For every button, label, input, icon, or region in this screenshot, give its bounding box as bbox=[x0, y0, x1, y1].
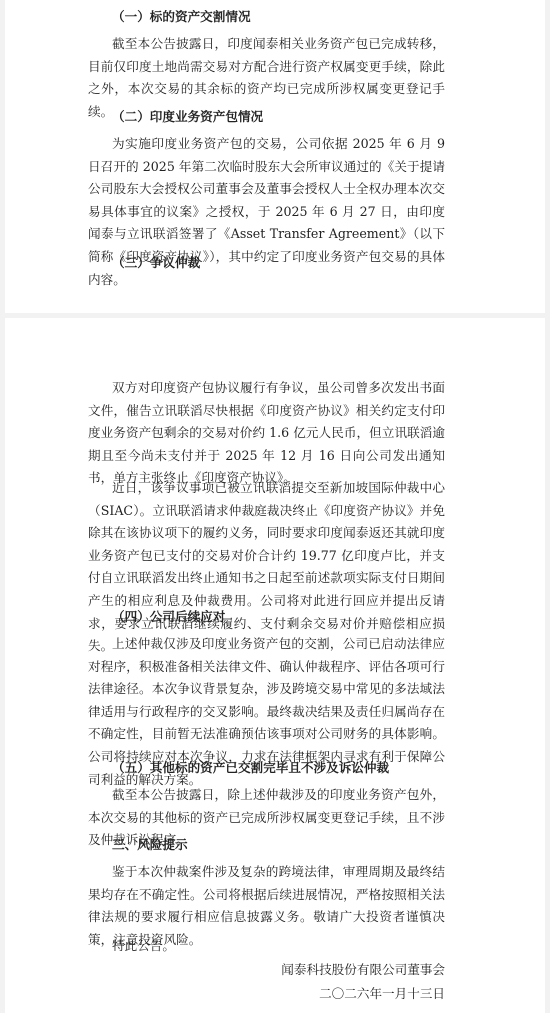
section-heading-company-response: （四）公司后续应对 bbox=[112, 606, 469, 629]
section-heading-dispute: （三）争议仲裁 bbox=[112, 252, 469, 275]
section-heading-india-package: （二）印度业务资产包情况 bbox=[112, 106, 469, 129]
document-page-1: （一）标的资产交割情况 截至本公告披露日，印度闻泰相关业务资产包已完成转移，目前… bbox=[5, 0, 545, 313]
paragraph-closing: 特此公告。 bbox=[88, 935, 445, 958]
paragraph-arbitration: 近日，该争议事项已被立讯联滔提交至新加坡国际仲裁中心（SIAC）。立讯联滔请求仲… bbox=[88, 477, 445, 658]
section-heading-risk: 三、风险提示 bbox=[112, 834, 469, 857]
signature-company: 闻泰科技股份有限公司董事会 bbox=[88, 959, 445, 982]
signature-date: 二〇二六年一月十三日 bbox=[88, 983, 445, 1006]
section-heading-other-assets: （五）其他标的资产已交割完毕且不涉及诉讼仲裁 bbox=[112, 757, 469, 780]
paragraph-dispute-background: 双方对印度资产包协议履行有争议，虽公司曾多次发出书面文件，催告立讯联滔尽快根据《… bbox=[88, 377, 445, 490]
section-heading-asset-delivery: （一）标的资产交割情况 bbox=[112, 6, 469, 29]
document-page-2: 双方对印度资产包协议履行有争议，虽公司曾多次发出书面文件，催告立讯联滔尽快根据《… bbox=[5, 318, 545, 1013]
